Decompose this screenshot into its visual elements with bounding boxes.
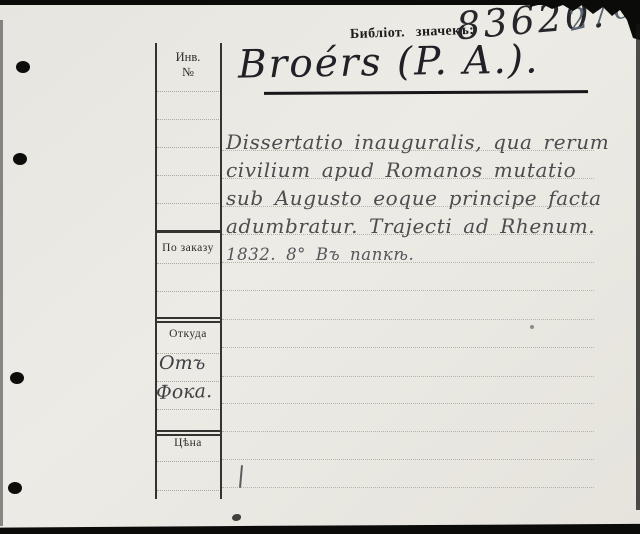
paper-speck (530, 325, 534, 329)
author-heading: Broérs (P. A.). (238, 37, 540, 87)
punch-hole (13, 153, 27, 165)
inventory-number-header: Инв. № (155, 50, 221, 80)
column-ruled-line (157, 490, 219, 491)
column-ruled-line (157, 263, 219, 264)
origin-section-label: Откуда (155, 328, 221, 340)
ruled-line (222, 376, 594, 377)
column-ruled-line (157, 175, 219, 176)
column-ruled-line (157, 291, 219, 292)
column-ruled-line (157, 91, 219, 92)
ruled-line (222, 403, 594, 404)
punch-hole (10, 372, 24, 384)
column-ruled-line (157, 119, 219, 120)
column-divider (155, 230, 222, 233)
origin-note-line1: Отъ (159, 352, 205, 374)
stray-pen-mark (239, 465, 243, 488)
entry-line-1: Dissertatio inauguralis, qua rerum (226, 130, 609, 154)
column-ruled-line (157, 409, 219, 410)
ruled-line (222, 347, 594, 348)
column-divider (155, 321, 222, 323)
scan-edge-left (0, 20, 3, 526)
entry-line-5: 1832. 8° Въ папкѣ. (226, 245, 414, 264)
author-underline (264, 90, 588, 95)
column-ruled-line (157, 147, 219, 148)
origin-note-line2: Фока. (156, 380, 213, 404)
order-section-label: По заказу (155, 242, 221, 254)
ink-smudge (232, 514, 241, 521)
column-divider (155, 434, 222, 436)
entry-line-3: sub Augusto eoque principe facta (226, 186, 602, 210)
entry-line-2: civilium apud Romanos mutatio (226, 158, 576, 182)
scan-edge-bottom (0, 523, 640, 534)
ruled-line (222, 431, 594, 432)
entry-line-4: adumbratur. Trajecti ad Rhenum. (226, 214, 595, 238)
column-divider (155, 430, 222, 432)
scan-edge-right (636, 24, 640, 510)
inventory-header-line2: № (155, 65, 221, 80)
catalog-card-scan: Инв. № По заказу Откуда Отъ Фока. Цѣна Б… (0, 0, 640, 534)
ruled-line (222, 290, 594, 291)
column-ruled-line (157, 203, 219, 204)
ruled-line (222, 319, 594, 320)
ruled-line (222, 459, 594, 460)
ruled-line (222, 487, 594, 488)
price-section-label: Цѣна (155, 437, 221, 449)
punch-hole (16, 61, 30, 73)
inventory-header-line1: Инв. (155, 50, 221, 65)
column-ruled-line (157, 461, 219, 462)
punch-hole (8, 482, 22, 494)
column-divider (155, 317, 222, 319)
